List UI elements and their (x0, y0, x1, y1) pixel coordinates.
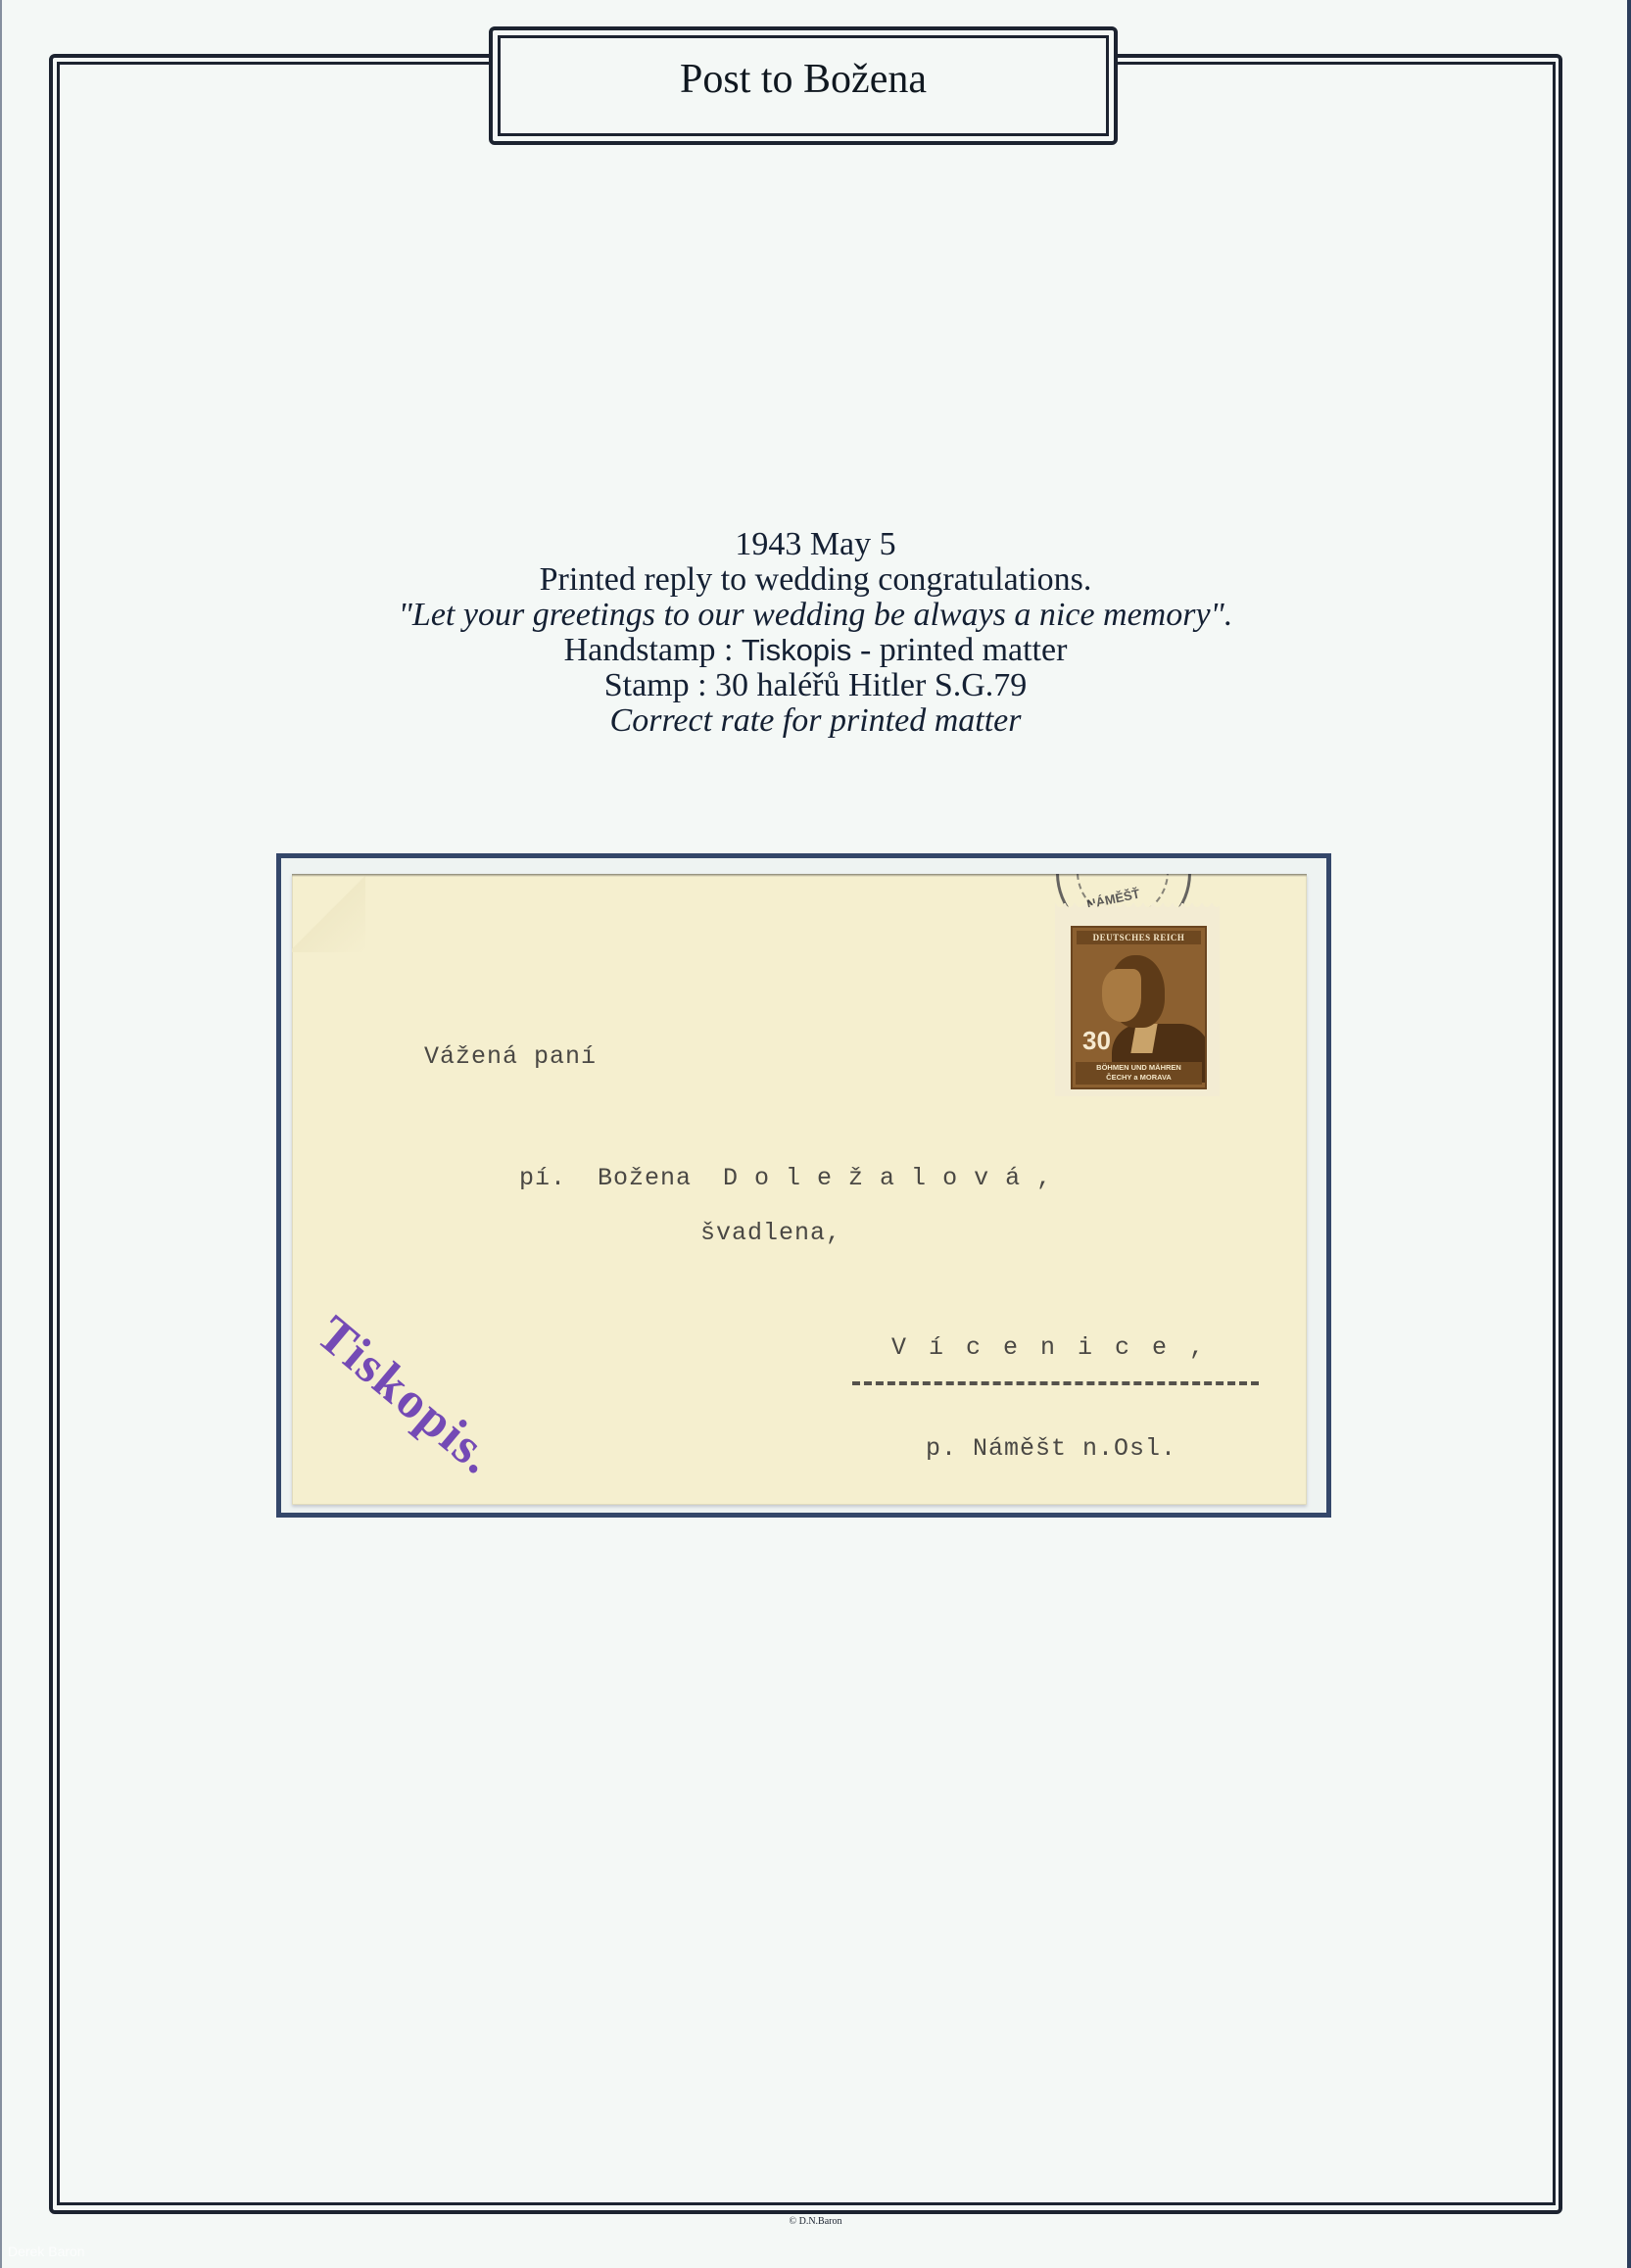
postage-stamp: DEUTSCHES REICH 30 BÖHMEN UND MÄHREN ČEC… (1071, 926, 1207, 1089)
town-underline (852, 1381, 1259, 1385)
portrait-face-icon (1102, 969, 1141, 1022)
salutation: Vážená paní (424, 1042, 597, 1071)
envelope-cover: NÁMĚŠŤ DEUTSCHES REICH 30 BÖHMEN UND MÄH… (292, 874, 1307, 1505)
scan-edge-left (0, 0, 2, 2268)
post-office: p. Náměšt n.Osl. (926, 1434, 1176, 1463)
stamp-top-text: DEUTSCHES REICH (1077, 931, 1201, 944)
handstamp-suffix: - printed matter (851, 632, 1067, 668)
recipient-name: pí. Božena D o l e ž a l o v á , (519, 1164, 1052, 1192)
stamp-bottom-text: BÖHMEN UND MÄHREN ČECHY a MORAVA (1076, 1062, 1202, 1085)
stamp-bottom-line-1: BÖHMEN UND MÄHREN (1076, 1063, 1202, 1073)
cover-date: 1943 May 5 (0, 527, 1631, 562)
watermark: Derek Baron (8, 2244, 85, 2259)
handstamp-word: Tiskopis (742, 633, 852, 667)
stamp-bottom-line-2: ČECHY a MORAVA (1076, 1073, 1202, 1083)
cover-summary: Printed reply to wedding congratulations… (0, 562, 1631, 598)
tiskopis-handstamp: Tiskopis. (306, 1305, 506, 1486)
description-block: 1943 May 5 Printed reply to wedding cong… (0, 527, 1631, 739)
handstamp-description: Handstamp : Tiskopis - printed matter (0, 633, 1631, 668)
copyright: © D.N.Baron (0, 2216, 1631, 2227)
recipient-town: V í c e n i c e , (891, 1333, 1208, 1362)
stamp-value: 30 (1082, 1026, 1111, 1056)
rate-note: Correct rate for printed matter (0, 703, 1631, 739)
title-box: Post to Božena (498, 35, 1109, 136)
scan-edge-right (1627, 0, 1631, 2268)
handstamp-prefix: Handstamp : (564, 632, 742, 668)
recipient-occupation: švadlena, (700, 1219, 841, 1247)
page-title: Post to Božena (680, 56, 927, 103)
stamp-description: Stamp : 30 haléřů Hitler S.G.79 (0, 668, 1631, 703)
cover-quote: "Let your greetings to our wedding be al… (0, 598, 1631, 633)
